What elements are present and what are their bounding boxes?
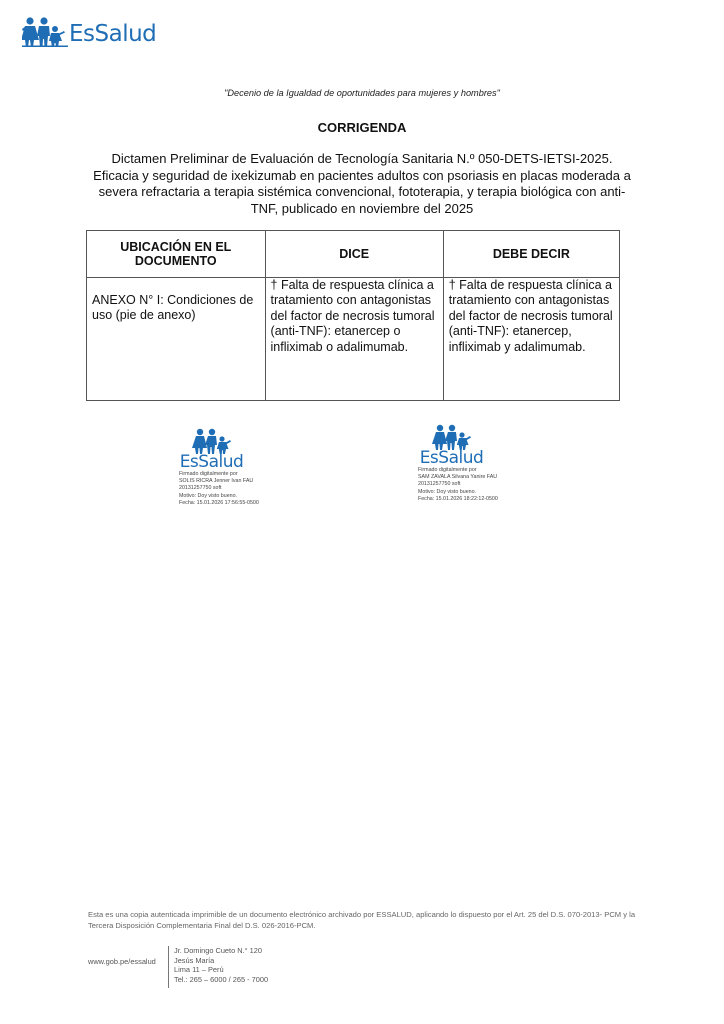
signature-reason: Motivo: Doy visto bueno. <box>418 489 498 496</box>
essalud-logo: EsSalud <box>22 17 156 47</box>
header-ubicacion: UBICACIÓN EN EL DOCUMENTO <box>87 231 266 278</box>
signature-logo-text: EsSalud <box>180 454 244 471</box>
family-figures-icon <box>432 424 472 450</box>
signature-details: Firmado digitalmente por SAM ZAVALA Silv… <box>418 467 498 503</box>
signature-line: 20131257750 soft <box>418 481 498 488</box>
signature-logo: EsSalud <box>174 428 249 471</box>
corrigenda-table: UBICACIÓN EN EL DOCUMENTO DICE DEBE DECI… <box>86 230 620 401</box>
signature-line: 20131257750 soft <box>179 485 259 492</box>
page-title: CORRIGENDA <box>0 120 724 135</box>
signature-line: Firmado digitalmente por <box>179 471 259 478</box>
signature-date: Fecha: 15.01.2026 18:22:12-0500 <box>418 496 498 503</box>
signature-logo: EsSalud <box>414 424 489 467</box>
slogan: "Decenio de la Igualdad de oportunidades… <box>0 88 724 98</box>
address-line: Jr. Domingo Cueto N.° 120 <box>174 946 268 956</box>
cell-debe-decir: † Falta de respuesta clínica a tratamien… <box>443 278 619 401</box>
signature-signer: SOLIS RICRA Jenner Ivan FAU <box>179 478 259 485</box>
cell-ubicacion: ANEXO N° I: Condiciones de uso (pie de a… <box>87 278 266 401</box>
document-subtitle: Dictamen Preliminar de Evaluación de Tec… <box>88 151 636 217</box>
header-debe-decir: DEBE DECIR <box>443 231 619 278</box>
phone-line: Tel.: 265 – 6000 / 265 - 7000 <box>174 975 268 985</box>
family-figures-icon <box>22 17 68 47</box>
signature-logo-text: EsSalud <box>420 450 484 467</box>
address-line: Lima 11 – Perú <box>174 965 268 975</box>
table-header-row: UBICACIÓN EN EL DOCUMENTO DICE DEBE DECI… <box>87 231 620 278</box>
legal-notice: Esta es una copia autenticada imprimible… <box>88 909 648 931</box>
table-row: ANEXO N° I: Condiciones de uso (pie de a… <box>87 278 620 401</box>
signature-date: Fecha: 15.01.2026 17:56:55-0500 <box>179 500 259 507</box>
logo-text: EsSalud <box>69 23 156 46</box>
family-figures-icon <box>192 428 232 454</box>
signature-reason: Motivo: Doy visto bueno. <box>179 493 259 500</box>
signature-details: Firmado digitalmente por SOLIS RICRA Jen… <box>179 471 259 507</box>
footer-divider <box>168 946 169 988</box>
address-block: Jr. Domingo Cueto N.° 120 Jesús María Li… <box>174 946 268 988</box>
page-footer: www.gob.pe/essalud Jr. Domingo Cueto N.°… <box>88 946 268 988</box>
website-link[interactable]: www.gob.pe/essalud <box>88 957 165 988</box>
address-line: Jesús María <box>174 956 268 966</box>
signature-signer: SAM ZAVALA Silvana Yanire FAU <box>418 474 498 481</box>
cell-dice: † Falta de respuesta clínica a tratamien… <box>265 278 443 401</box>
header-dice: DICE <box>265 231 443 278</box>
signature-line: Firmado digitalmente por <box>418 467 498 474</box>
digital-signature-2: EsSalud Firmado digitalmente por SAM ZAV… <box>414 424 498 503</box>
digital-signature-1: EsSalud Firmado digitalmente por SOLIS R… <box>174 428 259 507</box>
